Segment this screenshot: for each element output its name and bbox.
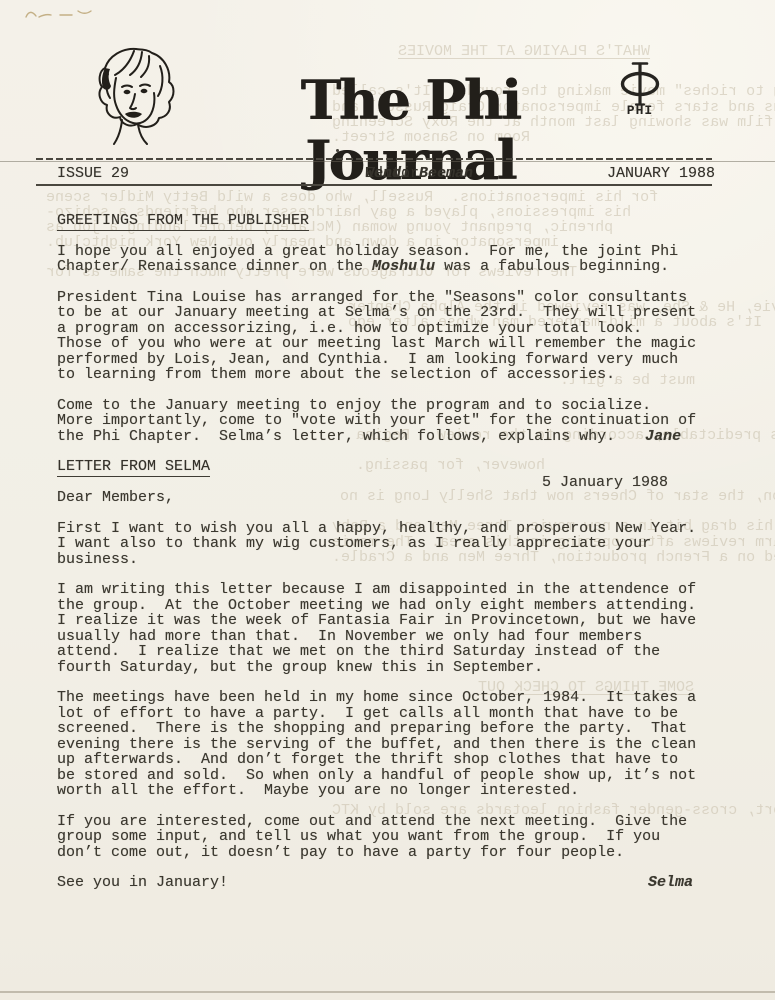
text-line: business.	[57, 552, 715, 568]
scanned-newsletter-page: WHAT'S PLAYING AT THE MOVIES There's a n…	[0, 0, 775, 1000]
paragraph: President Tina Louise has arranged for t…	[57, 290, 715, 383]
text-line: Come to the January meeting to enjoy the…	[57, 398, 715, 414]
issue-header-row: ISSUE 29 Editor - Wendi Beeman JANUARY 1…	[0, 165, 775, 183]
issue-number: ISSUE 29	[57, 165, 129, 182]
text-line: the group. At the October meeting we had…	[57, 598, 715, 614]
solid-rule	[36, 184, 712, 186]
text-line: to be at our January meeting at Selma’s …	[57, 305, 715, 321]
text-line: I want also to thank my wig customers, a…	[57, 536, 715, 552]
scan-crease-line	[0, 161, 775, 162]
text-line: attend. I realize that we met on the thi…	[57, 644, 715, 660]
text-run: was a fabulous beginning.	[435, 258, 669, 275]
text-line: worth all the effort. Maybe you are no l…	[57, 783, 715, 799]
section-heading-text: GREETINGS FROM THE PUBLISHER	[57, 213, 309, 231]
paragraph: The meetings have been held in my home s…	[57, 690, 715, 799]
issue-date: JANUARY 1988	[607, 165, 715, 182]
letter-salutation: Dear Members,	[57, 490, 715, 506]
phi-logo-label: PHI	[610, 103, 670, 118]
text-lines: Come to the January meeting to enjoy the…	[57, 398, 715, 429]
typed-period-mark	[336, 149, 339, 152]
paragraph: Come to the January meeting to enjoy the…	[57, 398, 715, 445]
paragraph: I hope you all enjoyed a great holiday s…	[57, 244, 715, 275]
woman-portrait-icon	[94, 44, 182, 154]
text-line: performed by Lois, Jean, and Cynthia. I …	[57, 352, 715, 368]
text-line: don’t come out, it doesn’t pay to have a…	[57, 845, 715, 861]
text-line: lot of effort to have a party. I get cal…	[57, 706, 715, 722]
text-line: The meetings have been held in my home s…	[57, 690, 715, 706]
paragraph: I am writing this letter because I am di…	[57, 582, 715, 675]
section-heading-text: LETTER FROM SELMA	[57, 459, 210, 477]
text-line: a program on accessorizing, i.e. how to …	[57, 321, 715, 337]
publisher-signature: Jane	[645, 428, 681, 445]
text-line: to learning from them more about the sel…	[57, 367, 715, 383]
section-heading-greetings: GREETINGS FROM THE PUBLISHER	[57, 213, 715, 229]
editor-name: Wendi Beeman	[365, 165, 473, 182]
paper-edge	[0, 991, 775, 993]
text-line: Those of you who were at our meeting las…	[57, 336, 715, 352]
letter-signature: Selma	[648, 875, 693, 891]
text-line: More importantly, come to "vote with you…	[57, 413, 715, 429]
text-line: I am writing this letter because I am di…	[57, 582, 715, 598]
text-line: fourth Saturday, but the group knew this…	[57, 660, 715, 676]
text-run: Chapter/ Renaissance dinner on the	[57, 258, 372, 275]
text-line: screened. There is the shopping and prep…	[57, 721, 715, 737]
closing-text: See you in January!	[57, 875, 228, 891]
text-line: First I want to wish you all a happy, he…	[57, 521, 715, 537]
text-line: be stored and sold. So when only a handf…	[57, 768, 715, 784]
letter-closing: See you in January! Selma	[57, 875, 715, 891]
text-line: usually had more than that. In November …	[57, 629, 715, 645]
ship-name: Moshulu	[372, 258, 435, 275]
text-line: the Phi Chapter. Selma’s letter, which f…	[57, 429, 715, 445]
text-line: up afterwards. And don’t forget the thri…	[57, 752, 715, 768]
text-line: President Tina Louise has arranged for t…	[57, 290, 715, 306]
text-line: group some input, and tell us what you w…	[57, 829, 715, 845]
text-line: Chapter/ Renaissance dinner on the Moshu…	[57, 259, 715, 275]
handwritten-marks-icon	[22, 3, 102, 23]
letter-date: 5 January 1988	[57, 475, 715, 491]
paragraph: First I want to wish you all a happy, he…	[57, 521, 715, 568]
text-line: I hope you all enjoyed a great holiday s…	[57, 244, 715, 260]
text-line: evening there is the serving of the buff…	[57, 737, 715, 753]
paragraph: If you are interested, come out and atte…	[57, 814, 715, 861]
text-run: the Phi Chapter. Selma’s letter, which f…	[57, 428, 615, 445]
text-line: If you are interested, come out and atte…	[57, 814, 715, 830]
section-heading-letter: LETTER FROM SELMA	[57, 459, 715, 475]
dashed-rule	[36, 158, 712, 160]
newsletter-body: GREETINGS FROM THE PUBLISHER I hope you …	[57, 213, 715, 891]
text-line: I realize it was the week of Fantasia Fa…	[57, 613, 715, 629]
